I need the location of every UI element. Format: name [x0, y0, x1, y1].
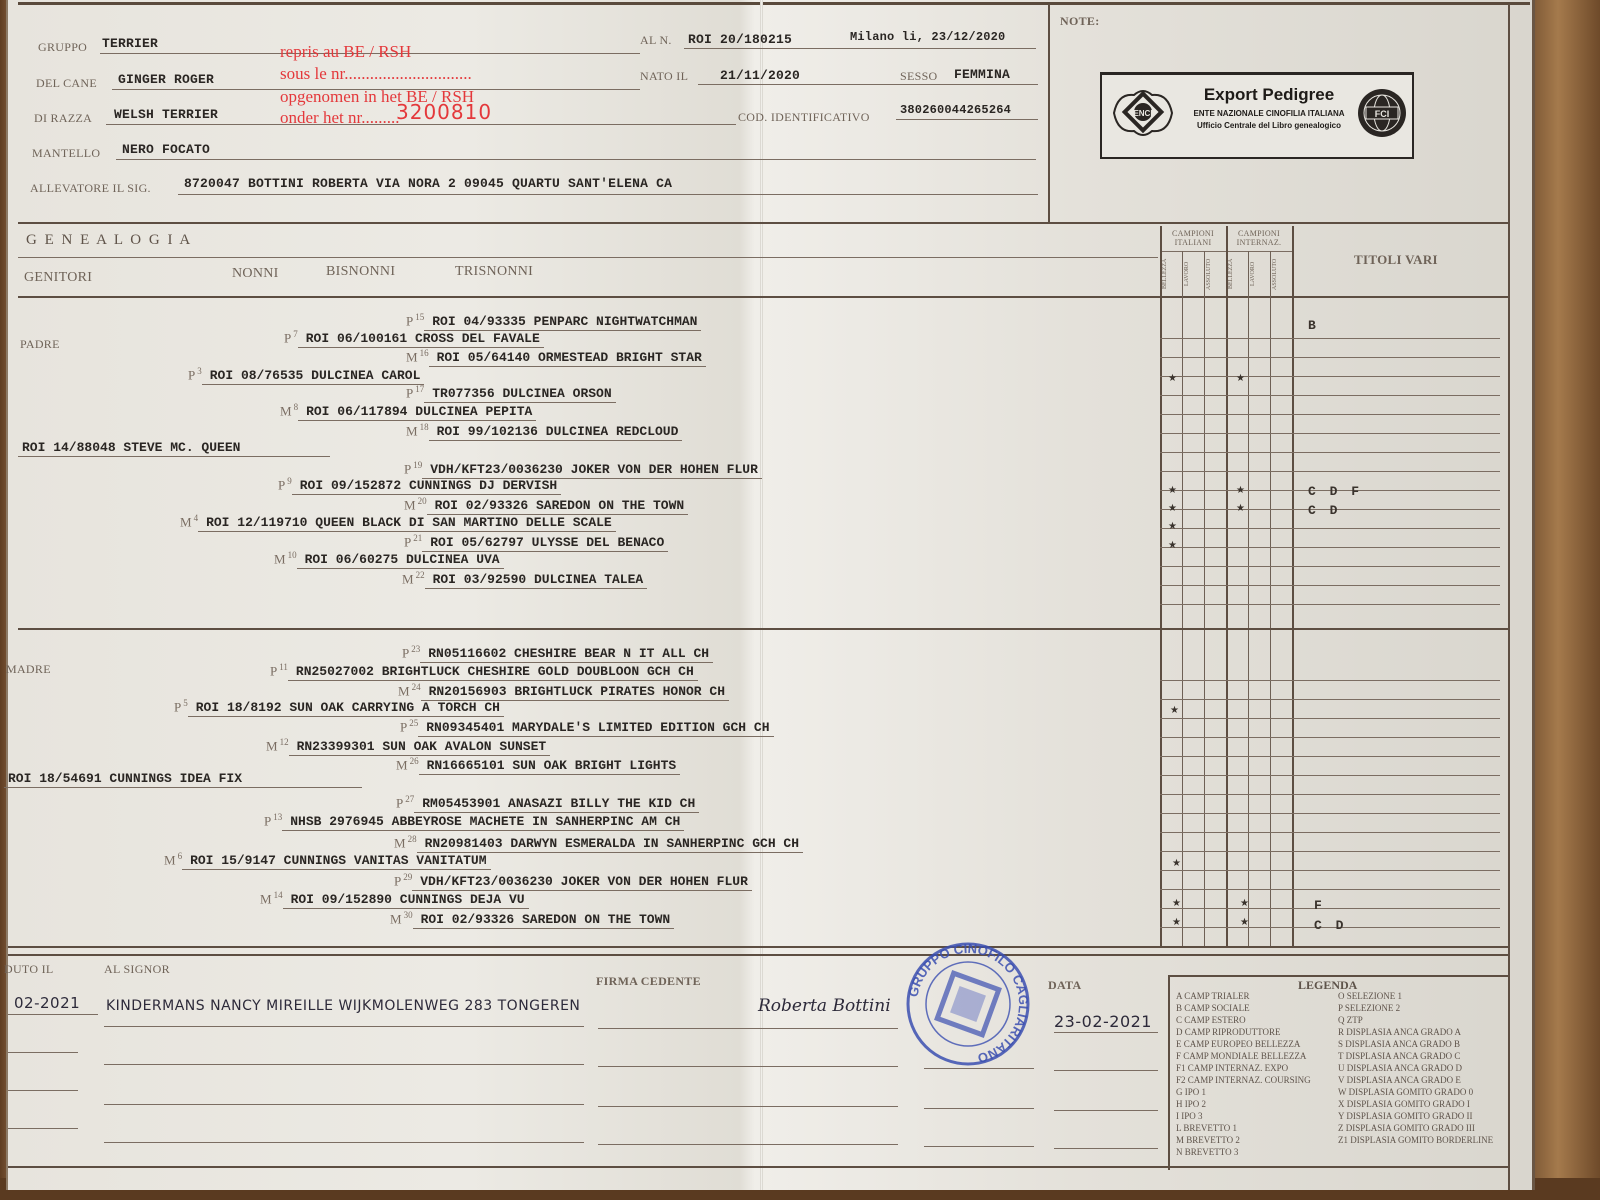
- allevatore-line: [178, 194, 1038, 195]
- titoli-row-line: [1160, 395, 1500, 396]
- legend-item-e: E CAMP EUROPEO BELLEZZA: [1176, 1039, 1300, 1049]
- sub-col-bellezza-it: BELLEZZA: [1162, 254, 1184, 294]
- razza-label: DI RAZZA: [34, 111, 92, 126]
- pedigree-document: GRUPPO TERRIER DEL CANE GINGER ROGER DI …: [6, 0, 1535, 1190]
- genealogy-top-border: [18, 222, 1508, 224]
- mantello-label: MANTELLO: [32, 146, 100, 161]
- legend-item-q: Q ZTP: [1338, 1015, 1363, 1025]
- grid-v-0: [1160, 226, 1162, 946]
- legend-left-border: [1168, 975, 1170, 1170]
- legend-item-a: A CAMP TRIALER: [1176, 991, 1250, 1001]
- red-stamp-line2: sous le nr..............................: [280, 64, 472, 84]
- legend-item-x: X DISPLASIA GOMITO GRADO I: [1338, 1099, 1470, 1109]
- star-icon: ★: [1236, 503, 1245, 514]
- legend-top-border: [1168, 975, 1508, 977]
- grid-v-4: [1248, 251, 1249, 946]
- transfer-bottom-border: [8, 1166, 1508, 1168]
- note-divider: [1048, 4, 1050, 222]
- ancestor-p29: P29VDH/KFT23/0036230 JOKER VON DER HOHEN…: [394, 872, 752, 891]
- titoli-row-line: [1160, 338, 1500, 339]
- transfer-top-border: [8, 946, 1508, 948]
- star-icon: ★: [1236, 373, 1245, 384]
- cane-value: GINGER ROGER: [118, 72, 214, 87]
- titoli-row-line: [1160, 699, 1500, 700]
- data-label: DATA: [1048, 978, 1081, 993]
- titoli-row-line: [1160, 813, 1500, 814]
- star-icon: ★: [1168, 503, 1177, 514]
- titoli-row-line: [1160, 585, 1500, 586]
- export-pedigree-title: Export Pedigree: [1184, 85, 1354, 105]
- star-icon: ★: [1168, 373, 1177, 384]
- legend-item-u: U DISPLASIA ANCA GRADO D: [1338, 1063, 1462, 1073]
- legend-item-d: D CAMP RIPRODUTTORE: [1176, 1027, 1281, 1037]
- cane-label: DEL CANE: [36, 76, 97, 91]
- ancestor-m12: M12RN23399301 SUN OAK AVALON SUNSET: [266, 737, 550, 756]
- titoli-row-line: [1160, 566, 1500, 567]
- star-icon: ★: [1240, 898, 1249, 909]
- padre-madre-divider: [18, 628, 1508, 630]
- titoli-row-line: [1160, 433, 1500, 434]
- star-icon: ★: [1236, 485, 1245, 496]
- al-n-label: AL N.: [640, 33, 672, 48]
- legend-item-z1: Z1 DISPLASIA GOMITO BORDERLINE: [1338, 1135, 1493, 1145]
- mother-entry: ROI 18/54691 CUNNINGS IDEA FIX: [4, 771, 362, 788]
- titoli-value: C D: [1308, 503, 1340, 518]
- grid-v-6: [1292, 226, 1294, 946]
- ceduto-line-1: [8, 1014, 98, 1015]
- grid-v-2: [1204, 251, 1205, 946]
- col-bisnonni: BISNONNI: [326, 264, 395, 280]
- ancestor-m6: M6ROI 15/9147 CUNNINGS VANITAS VANITATUM: [164, 851, 491, 870]
- red-stamp-line1: repris au BE / RSH: [280, 42, 411, 62]
- cod-identificativo-value: 380260044265264: [900, 103, 1011, 117]
- firma-line-4: [598, 1144, 898, 1145]
- ancestor-p9: P9ROI 09/152872 CUNNINGS DJ DERVISH: [278, 476, 561, 495]
- ancestor-m14: M14ROI 09/152890 CUNNINGS DEJA VU: [260, 890, 529, 909]
- gruppo-label: GRUPPO: [38, 40, 87, 55]
- stamp-line-3: [924, 1108, 1034, 1109]
- ancestor-m4: M4ROI 12/119710 QUEEN BLACK DI SAN MARTI…: [180, 513, 616, 532]
- sub-col-lavoro-int: LAVORO: [1250, 254, 1272, 294]
- razza-value: WELSH TERRIER: [114, 107, 218, 122]
- titoli-vari-header: TITOLI VARI: [1354, 252, 1438, 268]
- star-icon: ★: [1240, 917, 1249, 928]
- frame-top-border: [18, 2, 1530, 5]
- nato-line: [698, 84, 1038, 85]
- titoli-value: B: [1308, 318, 1319, 333]
- titoli-value: C D: [1314, 918, 1346, 933]
- ceduto-line-2: [8, 1052, 78, 1053]
- legend-item-z: Z DISPLASIA GOMITO GRADO III: [1338, 1123, 1475, 1133]
- place-date: Milano li, 23/12/2020: [850, 30, 1005, 44]
- ancestor-p7: P7ROI 06/100161 CROSS DEL FAVALE: [284, 329, 544, 348]
- al-signor-value: KINDERMANS NANCY MIREILLE WIJKMOLENWEG 2…: [106, 998, 580, 1014]
- father-entry: ROI 14/88048 STEVE MC. QUEEN: [18, 440, 330, 457]
- note-label: NOTE:: [1060, 14, 1100, 29]
- star-icon: ★: [1170, 705, 1179, 716]
- titoli-row-line: [1160, 775, 1500, 776]
- grid-v-1: [1182, 251, 1183, 946]
- legend-item-s: S DISPLASIA ANCA GRADO B: [1338, 1039, 1460, 1049]
- legend-item-w: W DISPLASIA GOMITO GRADO 0: [1338, 1087, 1473, 1097]
- allevatore-label: ALLEVATORE IL SIG.: [30, 181, 151, 196]
- star-icon: ★: [1168, 485, 1177, 496]
- sub-col-assoluto-int: ASSOLUTO: [1272, 254, 1294, 294]
- ceduto-il-label: DUTO IL: [4, 962, 54, 977]
- padre-label: PADRE: [20, 337, 60, 352]
- ancestor-m16: M16ROI 05/64140 ORMESTEAD BRIGHT STAR: [406, 348, 706, 367]
- mantello-line: [116, 159, 1036, 160]
- ancestor-p17: P17TR077356 DULCINEA ORSON: [406, 384, 616, 403]
- genealogy-header-bottom: [18, 296, 1508, 298]
- export-pedigree-stamp: ENCI Export Pedigree ENTE NAZIONALE CINO…: [1100, 72, 1414, 159]
- transfer-top-border-2: [8, 954, 1508, 956]
- titoli-row-line: [1160, 604, 1500, 605]
- titoli-value: C D F: [1308, 484, 1362, 499]
- ancestor-p25: P25RN09345401 MARYDALE'S LIMITED EDITION…: [400, 718, 774, 737]
- data-value: 23-02-2021: [1054, 1012, 1152, 1031]
- titoli-row-line: [1160, 471, 1500, 472]
- col-nonni: NONNI: [232, 266, 279, 282]
- legend-item-r: R DISPLASIA ANCA GRADO A: [1338, 1027, 1461, 1037]
- fci-logo-icon: FCI: [1356, 87, 1408, 139]
- campioni-internaz-header: CAMPIONI INTERNAZ.: [1228, 229, 1290, 247]
- madre-label: MADRE: [6, 662, 51, 677]
- firma-cedente-signature: Roberta Bottini: [758, 996, 891, 1016]
- data-line-4: [1054, 1148, 1158, 1149]
- ancestor-p5: P5ROI 18/8192 SUN OAK CARRYING A TORCH C…: [174, 698, 504, 717]
- ancestor-p23: P23RN05116602 CHESHIRE BEAR N IT ALL CH: [402, 644, 713, 663]
- data-line-2: [1054, 1070, 1158, 1071]
- signor-line-4: [104, 1142, 584, 1143]
- wood-background-right: [1530, 0, 1600, 1200]
- nato-value: 21/11/2020: [720, 68, 800, 83]
- titoli-row-line: [1160, 851, 1500, 852]
- ancestor-m30: M30ROI 02/93326 SAREDON ON THE TOWN: [390, 910, 674, 929]
- titoli-row-line: [1160, 452, 1500, 453]
- sesso-label: SESSO: [900, 69, 938, 84]
- svg-text:FCI: FCI: [1375, 109, 1390, 119]
- ceduto-line-4: [8, 1128, 78, 1129]
- nato-label: NATO IL: [640, 69, 688, 84]
- genealogy-title: G E N E A L O G I A: [26, 232, 192, 249]
- titoli-row-line: [1160, 376, 1500, 377]
- star-icon: ★: [1172, 898, 1181, 909]
- legend-item-y: Y DISPLASIA GOMITO GRADO II: [1338, 1111, 1473, 1121]
- gruppo-cinofilo-stamp-icon: GRUPPO CINOFILO CAGLIARITANO: [904, 940, 1032, 1068]
- titoli-row-line: [1160, 680, 1500, 681]
- red-stamp-handwritten-number: 3200810: [396, 100, 492, 124]
- stamp-line-2: [924, 1068, 1034, 1069]
- titoli-row-line: [1160, 794, 1500, 795]
- titoli-row-line: [1160, 756, 1500, 757]
- ancestor-m8: M8ROI 06/117894 DULCINEA PEPITA: [280, 402, 536, 421]
- legend-item-t: T DISPLASIA ANCA GRADO C: [1338, 1051, 1460, 1061]
- sub-col-bellezza-int: BELLEZZA: [1228, 254, 1250, 294]
- ceduto-line-3: [8, 1090, 78, 1091]
- export-stamp-line2: Ufficio Centrale del Libro genealogico: [1182, 121, 1356, 130]
- cod-line: [896, 119, 1038, 120]
- ancestor-p27: P27RM05453901 ANASAZI BILLY THE KID CH: [396, 794, 699, 813]
- genealogy-title-line: [18, 257, 1158, 258]
- campioni-italiani-header: CAMPIONI ITALIANI: [1162, 229, 1224, 247]
- legend-item-f: F CAMP MONDIALE BELLEZZA: [1176, 1051, 1306, 1061]
- legend-item-b: B CAMP SOCIALE: [1176, 1003, 1250, 1013]
- enci-logo-icon: ENCI: [1108, 83, 1178, 145]
- sesso-value: FEMMINA: [954, 67, 1010, 82]
- titoli-row-line: [1160, 737, 1500, 738]
- titoli-row-line: [1160, 547, 1500, 548]
- ancestor-p13: P13NHSB 2976945 ABBEYROSE MACHETE IN SAN…: [264, 812, 684, 831]
- col-genitori: GENITORI: [24, 270, 92, 286]
- signor-line-2: [104, 1064, 584, 1065]
- titoli-row-line: [1160, 832, 1500, 833]
- titoli-row-line: [1160, 528, 1500, 529]
- ceduto-il-value: 02-2021: [14, 994, 80, 1012]
- gruppo-value: TERRIER: [102, 36, 158, 51]
- mantello-value: NERO FOCATO: [122, 142, 210, 157]
- legend-item-v: V DISPLASIA ANCA GRADO E: [1338, 1075, 1461, 1085]
- grid-v-3: [1226, 226, 1228, 946]
- firma-line-2: [598, 1066, 898, 1067]
- al-n-value: ROI 20/180215: [688, 32, 792, 47]
- stamp-line-4: [924, 1146, 1034, 1147]
- svg-text:ENCI: ENCI: [1133, 109, 1152, 118]
- ancestor-p11: P11RN25027002 BRIGHTLUCK CHESHIRE GOLD D…: [270, 662, 698, 681]
- col-trisnonni: TRISNONNI: [455, 264, 533, 280]
- titoli-row-line: [1160, 357, 1500, 358]
- red-stamp-line4: onder het nr.........: [280, 108, 399, 128]
- data-line-1: [1054, 1032, 1158, 1033]
- legend-item-c: C CAMP ESTERO: [1176, 1015, 1246, 1025]
- titoli-row-line: [1160, 718, 1500, 719]
- star-icon: ★: [1172, 858, 1181, 869]
- legend-item-i: I IPO 3: [1176, 1111, 1203, 1121]
- legend-item-f2: F2 CAMP INTERNAZ. COURSING: [1176, 1075, 1311, 1085]
- signor-line-3: [104, 1104, 584, 1105]
- al-signor-label: AL SIGNOR: [104, 962, 170, 977]
- firma-line-3: [598, 1106, 898, 1107]
- star-icon: ★: [1168, 521, 1177, 532]
- star-icon: ★: [1168, 540, 1177, 551]
- data-line-3: [1054, 1110, 1158, 1111]
- star-icon: ★: [1172, 917, 1181, 928]
- legend-item-l: L BREVETTO 1: [1176, 1123, 1237, 1133]
- signor-line-1: [104, 1026, 584, 1027]
- titoli-row-line: [1160, 870, 1500, 871]
- legend-item-g: G IPO 1: [1176, 1087, 1206, 1097]
- legend-item-o: O SELEZIONE 1: [1338, 991, 1402, 1001]
- cod-identificativo-label: COD. IDENTIFICATIVO: [738, 110, 870, 125]
- titoli-row-line: [1160, 889, 1500, 890]
- right-frame-border: [1508, 4, 1510, 1190]
- firma-cedente-label: FIRMA CEDENTE: [596, 974, 701, 989]
- legend-item-h: H IPO 2: [1176, 1099, 1206, 1109]
- titoli-value: F: [1314, 898, 1325, 913]
- grid-v-5: [1270, 251, 1271, 946]
- ancestor-p3: P3ROI 08/76535 DULCINEA CAROL: [188, 366, 424, 385]
- legend-item-m: M BREVETTO 2: [1176, 1135, 1240, 1145]
- titoli-row-line: [1160, 414, 1500, 415]
- ancestor-m18: M18ROI 99/102136 DULCINEA REDCLOUD: [406, 422, 682, 441]
- legend-item-f1: F1 CAMP INTERNAZ. EXPO: [1176, 1063, 1288, 1073]
- sub-col-assoluto-it: ASSOLUTO: [1206, 254, 1228, 294]
- export-stamp-line1: ENTE NAZIONALE CINOFILIA ITALIANA: [1182, 109, 1356, 118]
- legend-item-n: N BREVETTO 3: [1176, 1147, 1238, 1157]
- legend-item-p: P SELEZIONE 2: [1338, 1003, 1400, 1013]
- allevatore-value: 8720047 BOTTINI ROBERTA VIA NORA 2 09045…: [184, 176, 672, 191]
- sub-col-lavoro-it: LAVORO: [1184, 254, 1206, 294]
- al-n-line: [684, 48, 1036, 49]
- ancestor-m22: M22ROI 03/92590 DULCINEA TALEA: [402, 570, 647, 589]
- ancestor-m26: M26RN16665101 SUN OAK BRIGHT LIGHTS: [396, 756, 680, 775]
- titoli-row-line: [1160, 908, 1500, 909]
- firma-line-1: [598, 1028, 898, 1029]
- razza-line: [106, 124, 736, 125]
- ancestor-m10: M10ROI 06/60275 DULCINEA UVA: [274, 550, 504, 569]
